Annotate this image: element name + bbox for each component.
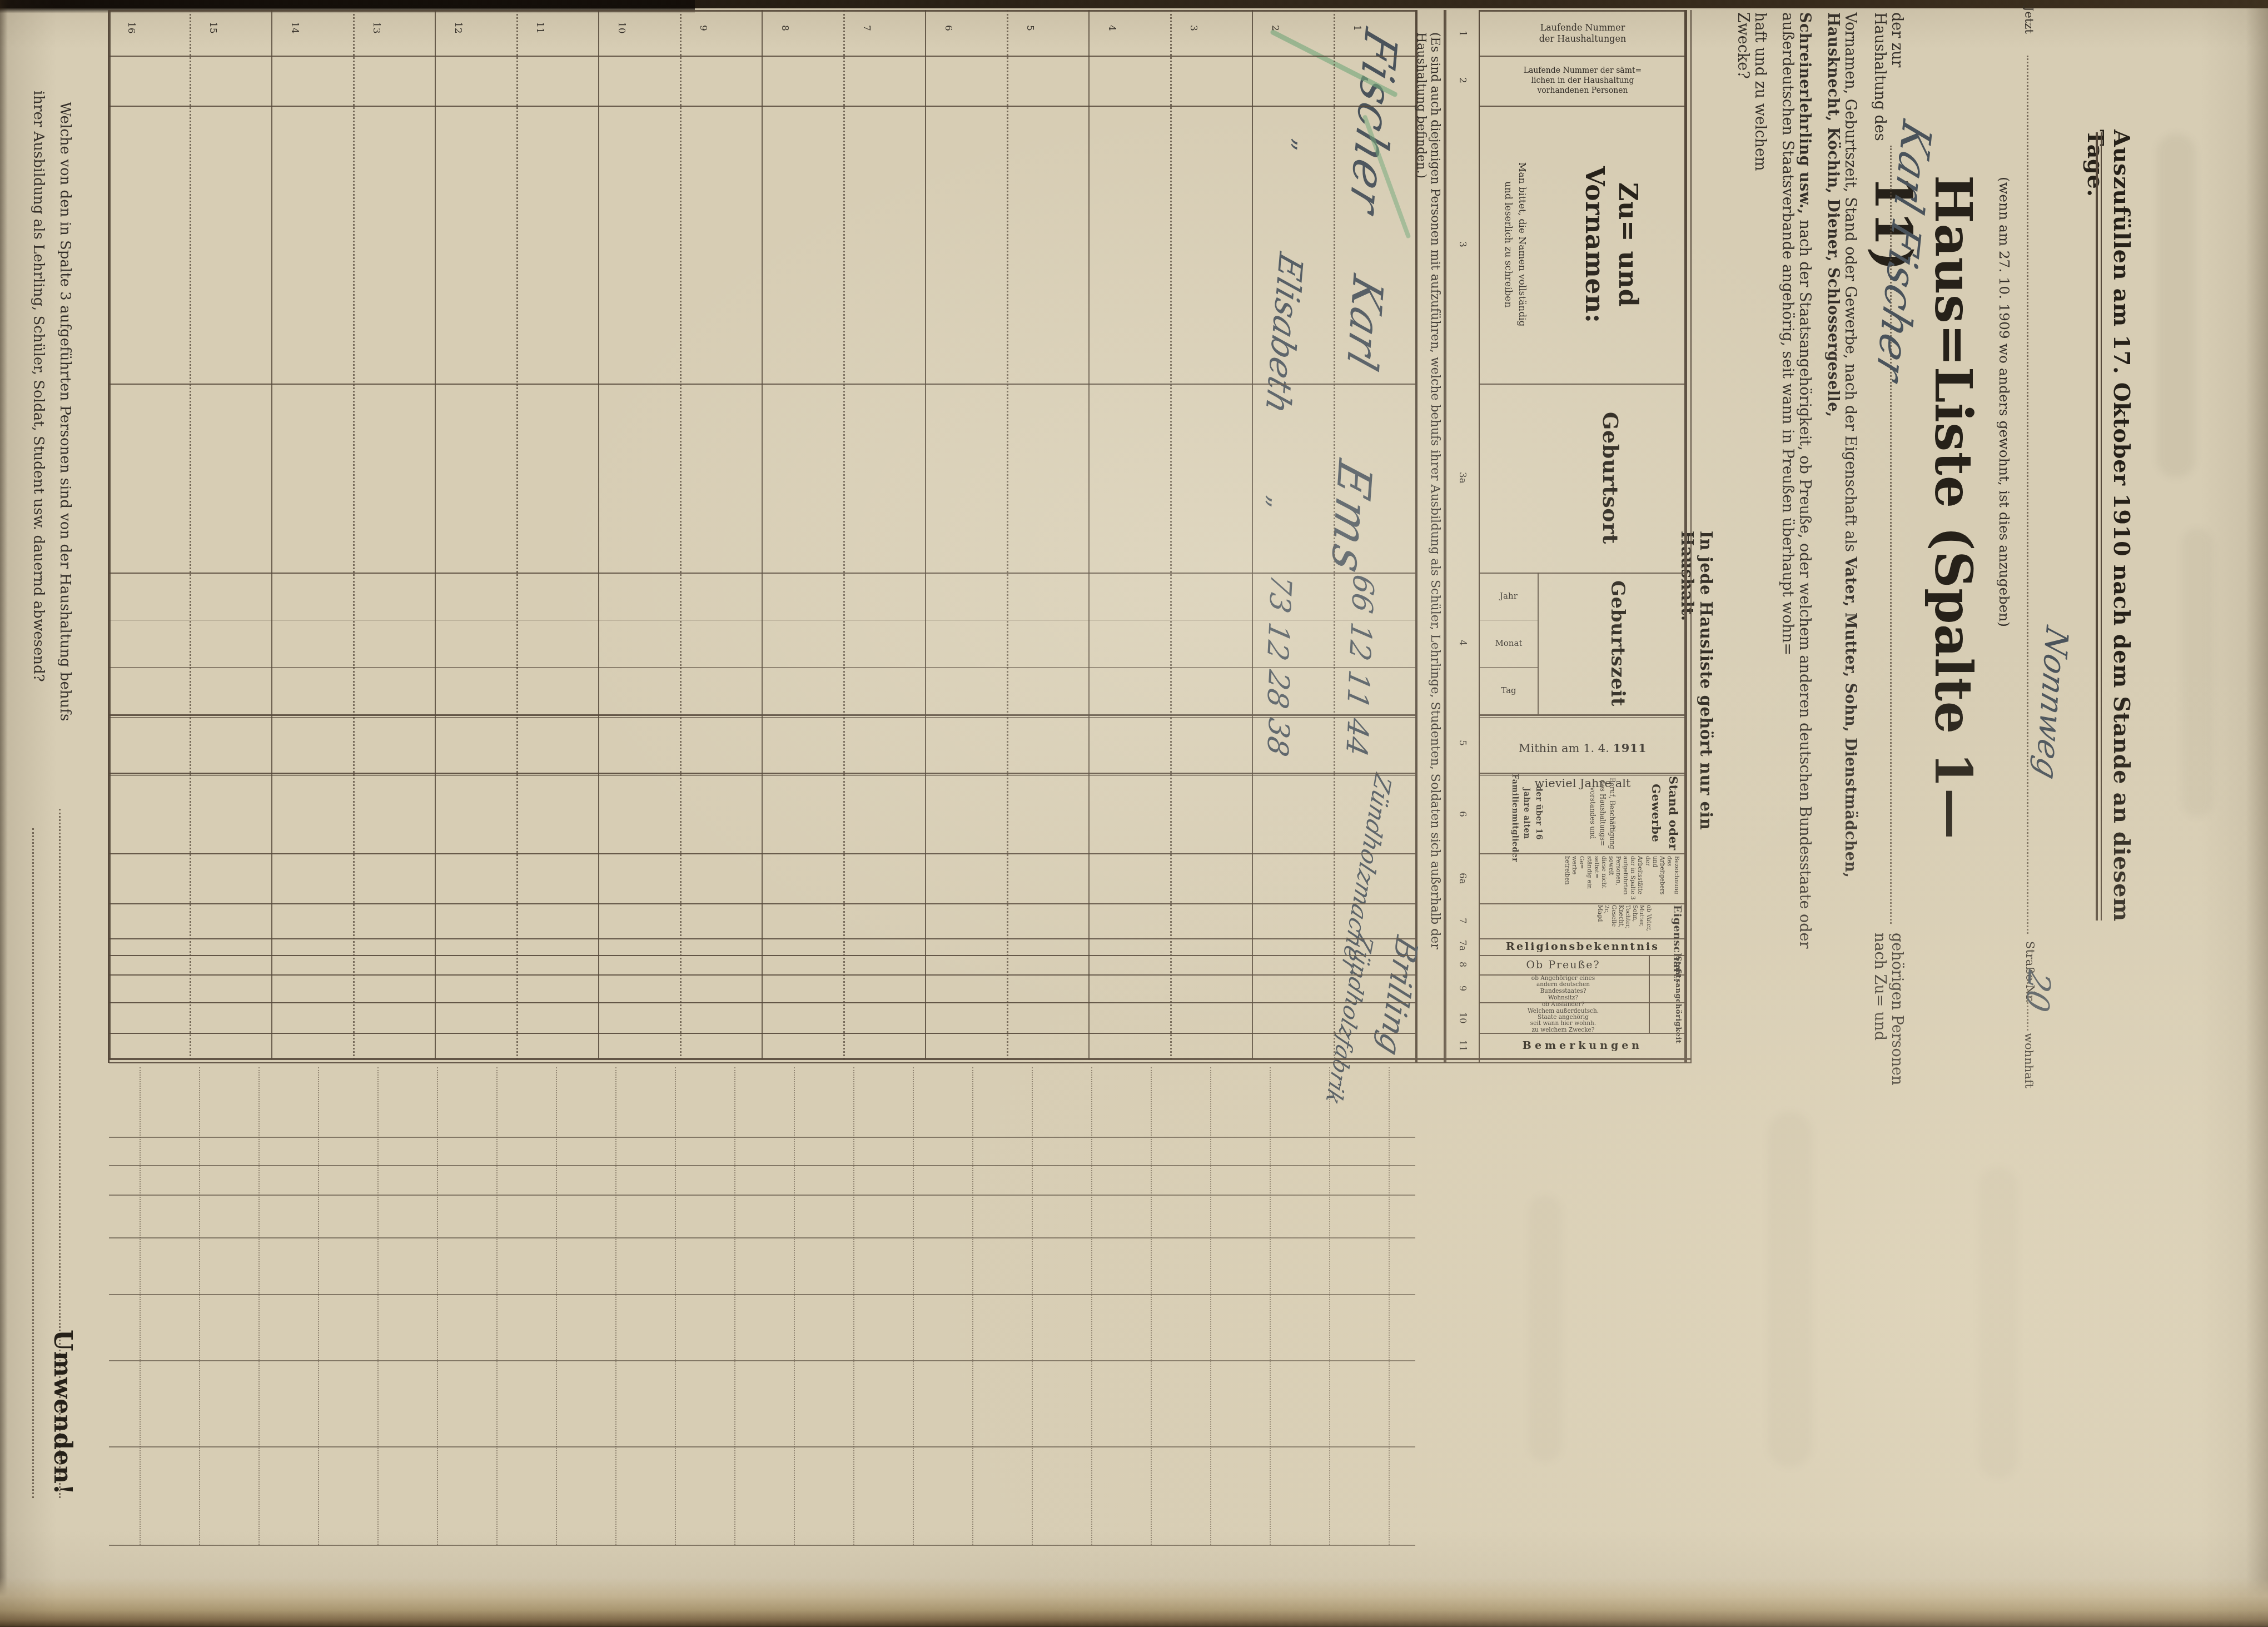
- row-number-11: 11: [530, 13, 549, 42]
- column-border-line: [1479, 714, 1684, 716]
- column-border-line: [1479, 667, 1538, 668]
- row-border-dotted-line: [199, 1067, 200, 1545]
- row-border-dotted-line: [734, 1067, 735, 1545]
- row-number-13: 13: [367, 13, 386, 42]
- row-border-line: [1252, 10, 1253, 1059]
- row-border-dotted-line: [516, 10, 518, 1059]
- row-border-dotted-line: [353, 10, 355, 1059]
- row-border-dotted-line: [1170, 10, 1172, 1059]
- row-border-dotted-line: [556, 1067, 557, 1545]
- row-number-16: 16: [122, 13, 141, 42]
- column-border-line: [109, 1360, 1415, 1361]
- row-border-dotted-line: [843, 10, 845, 1059]
- row-number-12: 12: [449, 13, 467, 42]
- column-border-line: [109, 1237, 1415, 1238]
- column-border-line: [1479, 955, 1684, 956]
- row-number-8: 8: [775, 13, 794, 42]
- row-border-dotted-line: [1151, 1067, 1152, 1545]
- row-border-dotted-line: [1389, 1067, 1390, 1545]
- row-border-line: [1538, 573, 1539, 714]
- column-border-line: [109, 1137, 1415, 1138]
- column-border-line: [109, 1165, 1415, 1166]
- row-border-line: [109, 10, 111, 1059]
- table-grid: 12345678910111213141516: [0, 0, 2268, 1627]
- column-border-line: [109, 1545, 1415, 1546]
- row-number-4: 4: [1102, 13, 1121, 42]
- column-border-line: [109, 1062, 1692, 1063]
- row-number-15: 15: [203, 13, 222, 42]
- row-border-line: [435, 10, 436, 1059]
- row-border-line: [925, 10, 926, 1059]
- row-border-dotted-line: [190, 10, 191, 1059]
- row-number-7: 7: [857, 13, 876, 42]
- column-border-line: [1479, 10, 1684, 12]
- row-border-dotted-line: [972, 1067, 973, 1545]
- row-border-dotted-line: [140, 1067, 141, 1545]
- row-number-2: 2: [1266, 13, 1285, 42]
- column-border-line: [109, 1294, 1415, 1295]
- column-border-line: [1479, 938, 1684, 939]
- column-border-line: [1479, 106, 1684, 107]
- column-border-line: [1479, 974, 1684, 976]
- row-border-dotted-line: [680, 10, 682, 1059]
- row-border-dotted-line: [1210, 1067, 1211, 1545]
- row-number-3: 3: [1184, 13, 1203, 42]
- row-number-10: 10: [612, 13, 631, 42]
- column-border-line: [109, 1446, 1415, 1447]
- row-border-line: [598, 10, 599, 1059]
- row-number-9: 9: [694, 13, 713, 42]
- column-border-line: [1479, 717, 1684, 718]
- row-number-14: 14: [285, 13, 304, 42]
- column-border-line: [1479, 903, 1684, 904]
- row-border-dotted-line: [913, 1067, 914, 1545]
- row-border-dotted-line: [794, 1067, 795, 1545]
- row-border-line: [1088, 10, 1090, 1059]
- column-border-line: [109, 1058, 1692, 1060]
- column-border-line: [1479, 620, 1538, 620]
- column-border-line: [1479, 773, 1684, 774]
- row-number-1: 1: [1347, 13, 1366, 42]
- row-border-dotted-line: [258, 1067, 260, 1545]
- row-border-dotted-line: [675, 1067, 676, 1545]
- row-border-dotted-line: [377, 1067, 379, 1545]
- column-border-line: [1479, 384, 1684, 385]
- scanned-census-page: Auszufüllen am 17. Oktober 1910 nach dem…: [0, 0, 2268, 1627]
- row-border-dotted-line: [1032, 1067, 1033, 1545]
- row-border-dotted-line: [1007, 10, 1008, 1059]
- column-border-line: [1479, 853, 1684, 854]
- column-border-line: [1479, 56, 1684, 57]
- row-border-line: [271, 10, 272, 1059]
- row-border-dotted-line: [1334, 10, 1335, 1059]
- row-border-dotted-line: [615, 1067, 616, 1545]
- row-border-line: [762, 10, 763, 1059]
- row-number-5: 5: [1021, 13, 1039, 42]
- row-border-dotted-line: [496, 1067, 498, 1545]
- row-border-dotted-line: [853, 1067, 854, 1545]
- column-border-line: [1479, 775, 1684, 776]
- column-border-line: [1479, 1002, 1684, 1003]
- row-border-dotted-line: [1270, 1067, 1271, 1545]
- column-border-line: [1479, 1033, 1684, 1034]
- row-border-dotted-line: [1329, 1067, 1330, 1545]
- row-border-dotted-line: [1091, 1067, 1092, 1545]
- row-number-6: 6: [939, 13, 958, 42]
- row-border-dotted-line: [437, 1067, 438, 1545]
- row-border-dotted-line: [318, 1067, 319, 1545]
- column-border-line: [109, 1195, 1415, 1196]
- column-border-line: [1479, 573, 1684, 574]
